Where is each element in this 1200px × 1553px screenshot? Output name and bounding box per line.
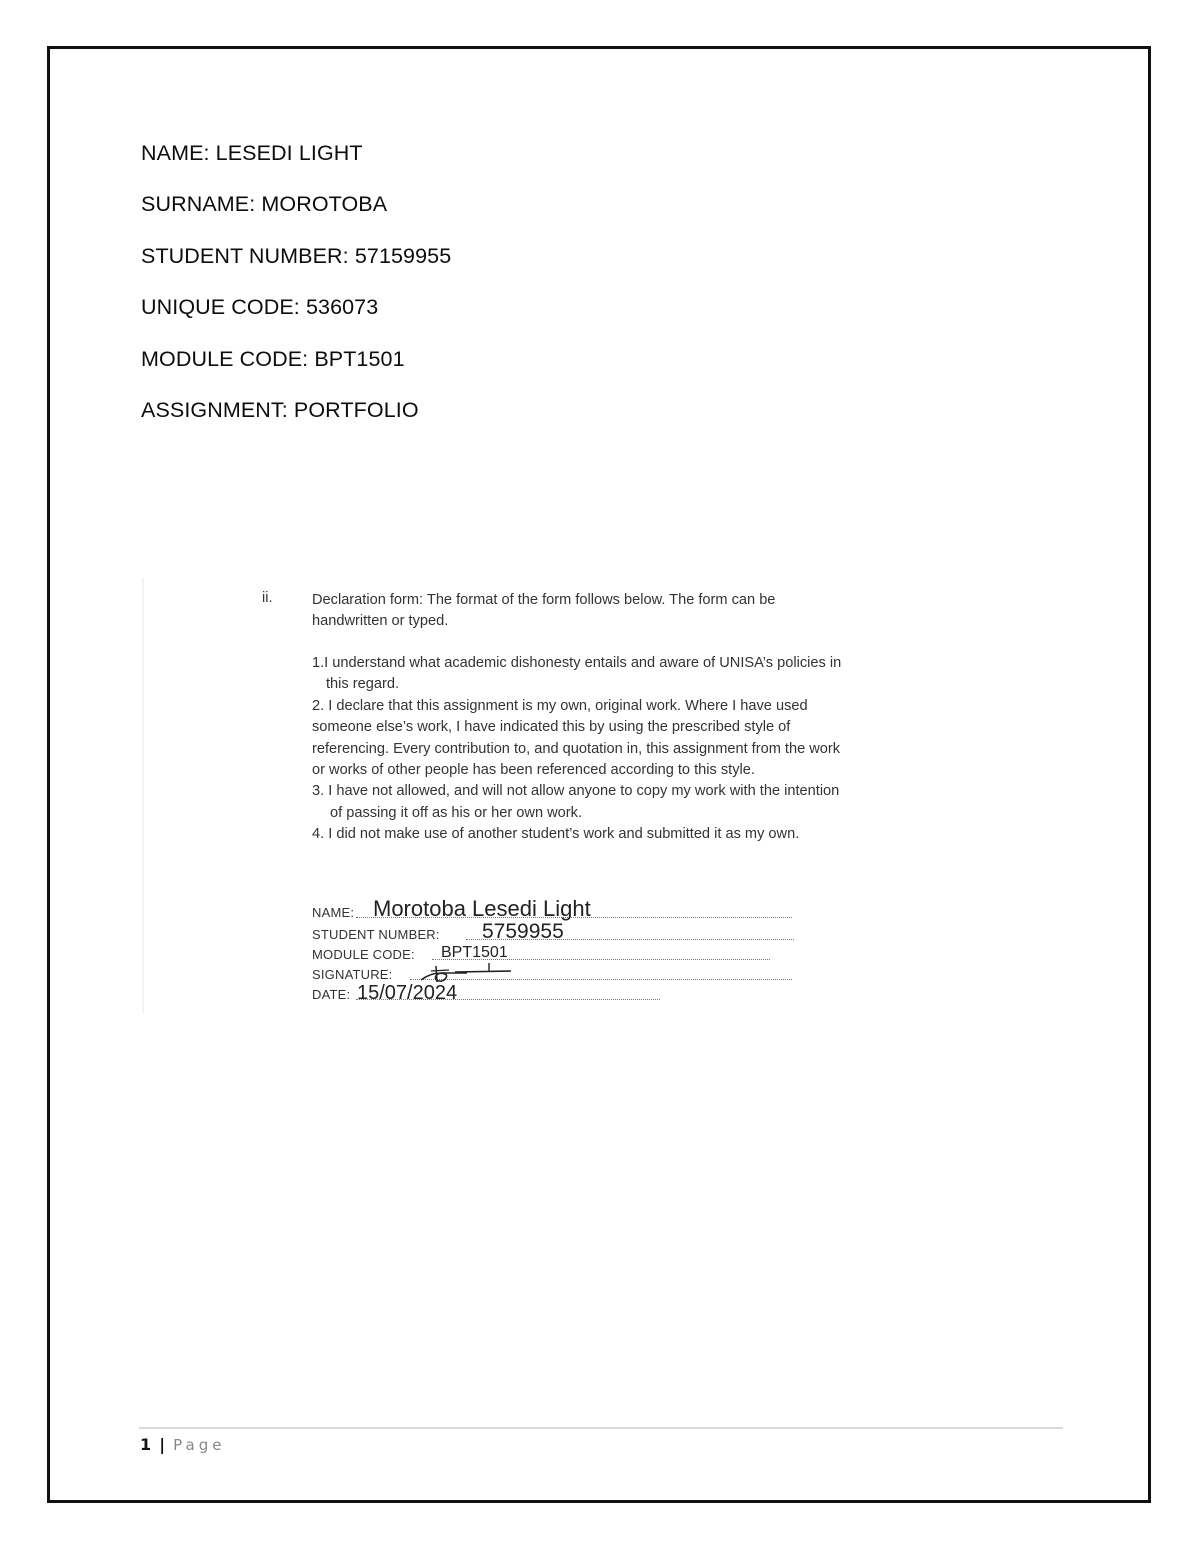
field-module-code-value: BPT1501: [441, 945, 508, 961]
declaration-item-1: 1.I understand what academic dishonesty …: [312, 653, 852, 696]
field-date-label: DATE:: [312, 988, 350, 1002]
declaration-intro: Declaration form: The format of the form…: [312, 590, 852, 632]
field-name: NAME: Morotoba Lesedi Light: [312, 896, 812, 920]
field-student-number-label: STUDENT NUMBER:: [312, 928, 440, 942]
field-module-code: MODULE CODE: BPT1501: [312, 942, 812, 962]
declaration-item-4: 4. I did not make use of another student…: [312, 824, 852, 845]
cover-module-code: MODULE CODE: BPT1501: [141, 346, 451, 372]
field-signature: SIGNATURE:: [312, 962, 812, 982]
cover-info: NAME: LESEDI LIGHT SURNAME: MOROTOBA STU…: [141, 140, 451, 448]
declaration-numeral: ii.: [262, 590, 273, 606]
page-number: 1: [140, 1435, 151, 1454]
page-label: Page: [173, 1436, 225, 1454]
field-module-code-label: MODULE CODE:: [312, 948, 415, 962]
declaration-fields: NAME: Morotoba Lesedi Light STUDENT NUMB…: [312, 896, 812, 1002]
cover-name: NAME: LESEDI LIGHT: [141, 140, 451, 166]
declaration-item-2: 2. I declare that this assignment is my …: [312, 696, 852, 782]
declaration-form-scan: ii. Declaration form: The format of the …: [142, 578, 864, 1013]
footer-divider: [139, 1427, 1063, 1429]
field-signature-label: SIGNATURE:: [312, 968, 393, 982]
signature-icon: [415, 960, 515, 984]
cover-assignment: ASSIGNMENT: PORTFOLIO: [141, 397, 451, 423]
field-name-value: Morotoba Lesedi Light: [373, 898, 591, 920]
cover-unique-code: UNIQUE CODE: 536073: [141, 294, 451, 320]
cover-student-number: STUDENT NUMBER: 57159955: [141, 243, 451, 269]
field-date: DATE: 15/07/2024: [312, 982, 812, 1002]
cover-surname: SURNAME: MOROTOBA: [141, 191, 451, 217]
field-name-label: NAME:: [312, 906, 354, 920]
field-student-number-value: 5759955: [482, 921, 564, 942]
declaration-list: 1.I understand what academic dishonesty …: [312, 653, 852, 846]
field-student-number: STUDENT NUMBER: 5759955: [312, 920, 812, 942]
field-date-value: 15/07/2024: [357, 983, 457, 1003]
declaration-item-3: 3. I have not allowed, and will not allo…: [312, 781, 852, 824]
page-footer: 1 | Page: [140, 1435, 226, 1454]
page-separator: |: [159, 1435, 165, 1454]
